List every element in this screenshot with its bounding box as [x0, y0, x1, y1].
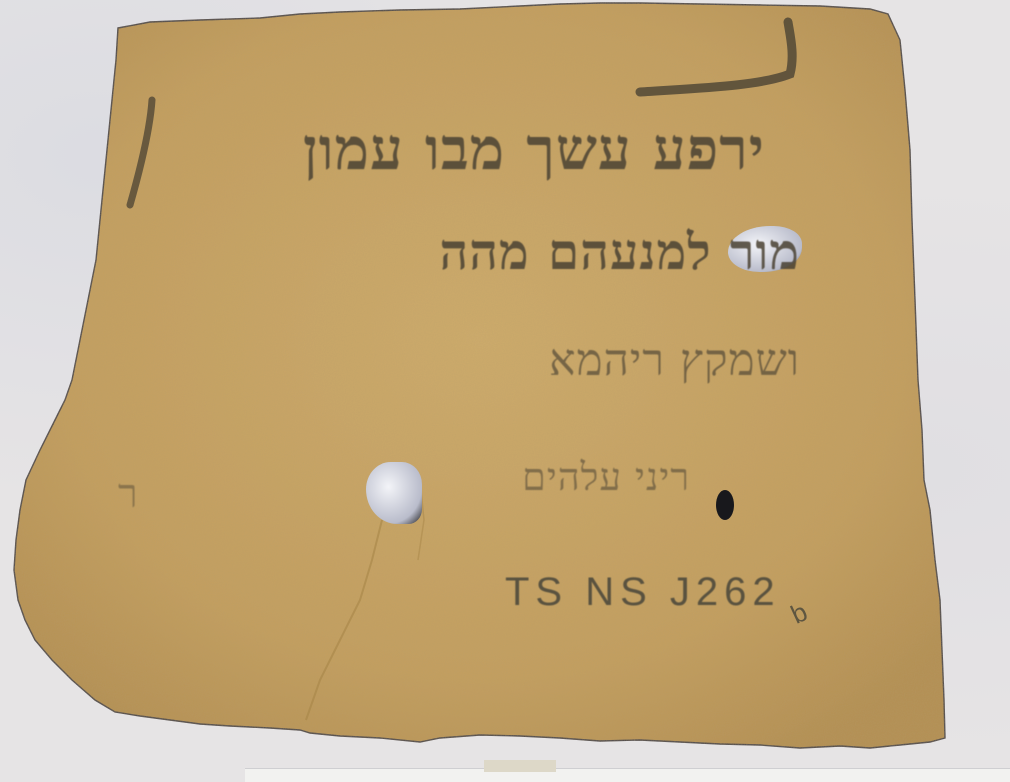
mount-tab [484, 760, 556, 772]
shelfmark-label: TS NS J262 [505, 570, 781, 615]
manuscript-line-3: ושמקץ ריהמא [549, 335, 800, 386]
manuscript-line-2: מור למנעהם מהה [439, 222, 800, 281]
margin-mark: ר [118, 470, 139, 517]
manuscript-line-1: ירפע עשך מבו עמון [303, 115, 765, 183]
paper-hole [716, 490, 734, 520]
mount-strip [245, 768, 1010, 782]
manuscript-line-4: ריני עלהים [522, 455, 690, 500]
